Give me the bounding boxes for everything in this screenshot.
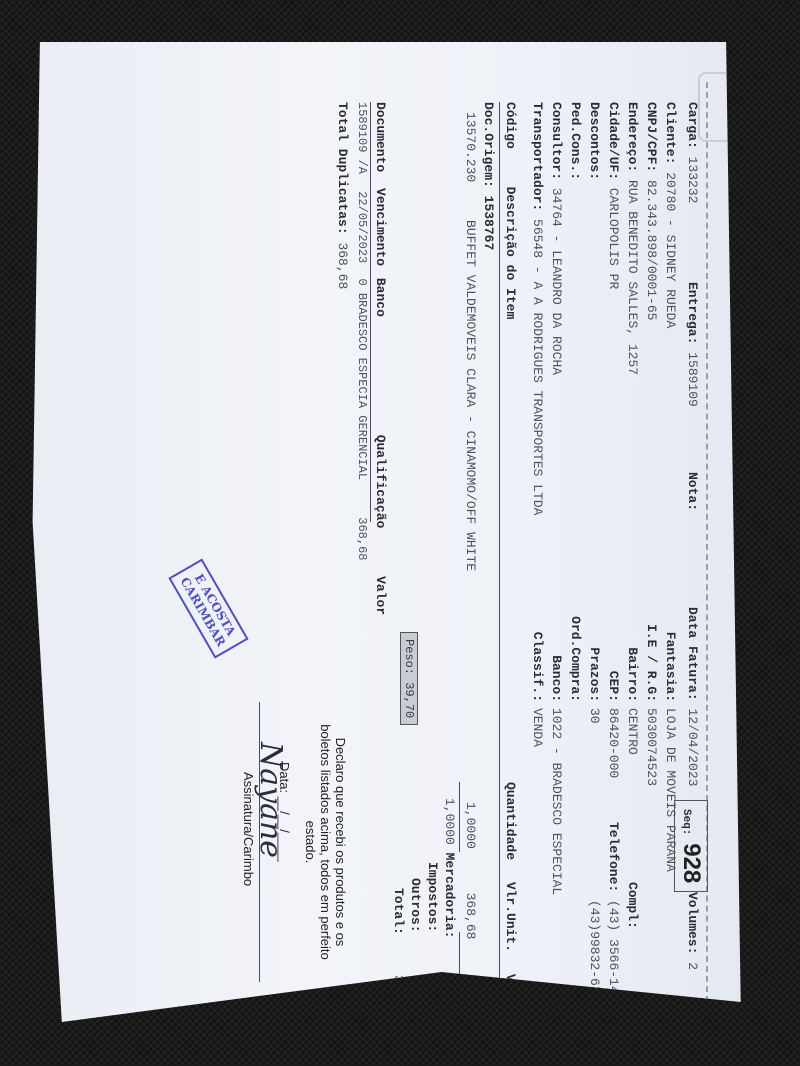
paper-clip-icon [698, 72, 738, 142]
total-duplicatas: Total Duplicatas: 368,68 [335, 102, 350, 289]
receipt-content: Carga: 133232 Entrega: 1589109 Nota: Dat… [28, 82, 708, 1002]
items-divider [499, 102, 500, 992]
entrega-field: Entrega: 1589109 [685, 282, 700, 407]
signature-line [259, 702, 260, 982]
company-stamp: E ACOSTA CARIMBAR [169, 559, 249, 659]
volumes-field: Volumes: 2 [685, 892, 700, 970]
doc-origem: Doc.Origem: 1538767 [481, 102, 496, 250]
nota-field: Nota: [685, 472, 700, 511]
total-divider [459, 932, 460, 992]
assinatura-label: Assinatura/Carimbo [241, 772, 256, 886]
table-row: 13570.230 BUFFET VALDEMOVEIS CLARA - CIN… [463, 112, 478, 571]
items-header: Código Descrição do Item [503, 102, 518, 319]
duplicatas-header: Documento Vencimento Banco Qualificação … [373, 102, 388, 615]
receipt-paper: Carga: 133232 Entrega: 1589109 Nota: Dat… [18, 22, 748, 1022]
totals-block: 1,0000 Mercadoria:368,68 Impostos:0,00 O… [390, 798, 458, 1025]
carga-field: Carga: 133232 [685, 102, 700, 203]
duplicata-row: 1589109 /A 22/05/2023 0 BRADESCO ESPECIA… [355, 102, 369, 561]
items-header-right: Quantidade Vlr.Unit. Vlr.Total [503, 782, 518, 1044]
peso-box: Peso: 39,70 [400, 632, 418, 725]
data-fatura-field: Data Fatura: 12/04/2023 [685, 607, 700, 786]
table-row-values: 1,0000 368,68 368,68 [463, 802, 478, 1024]
compl-telefone: Compl: Telefone: (43) 3566-1481, (43)998… [585, 822, 642, 1017]
declaration-text: Declaro que recebi os produtos e os bole… [303, 702, 348, 982]
duplicatas-divider [370, 102, 371, 522]
qty-divider [459, 782, 460, 852]
client-left-column: Cliente: 20780 - SIDNEY RUEDA CNPJ/CPF: … [528, 102, 680, 515]
client-right-labels: Fantasia: I.E / R.G: Bairro: CEP: Prazos… [528, 502, 680, 702]
